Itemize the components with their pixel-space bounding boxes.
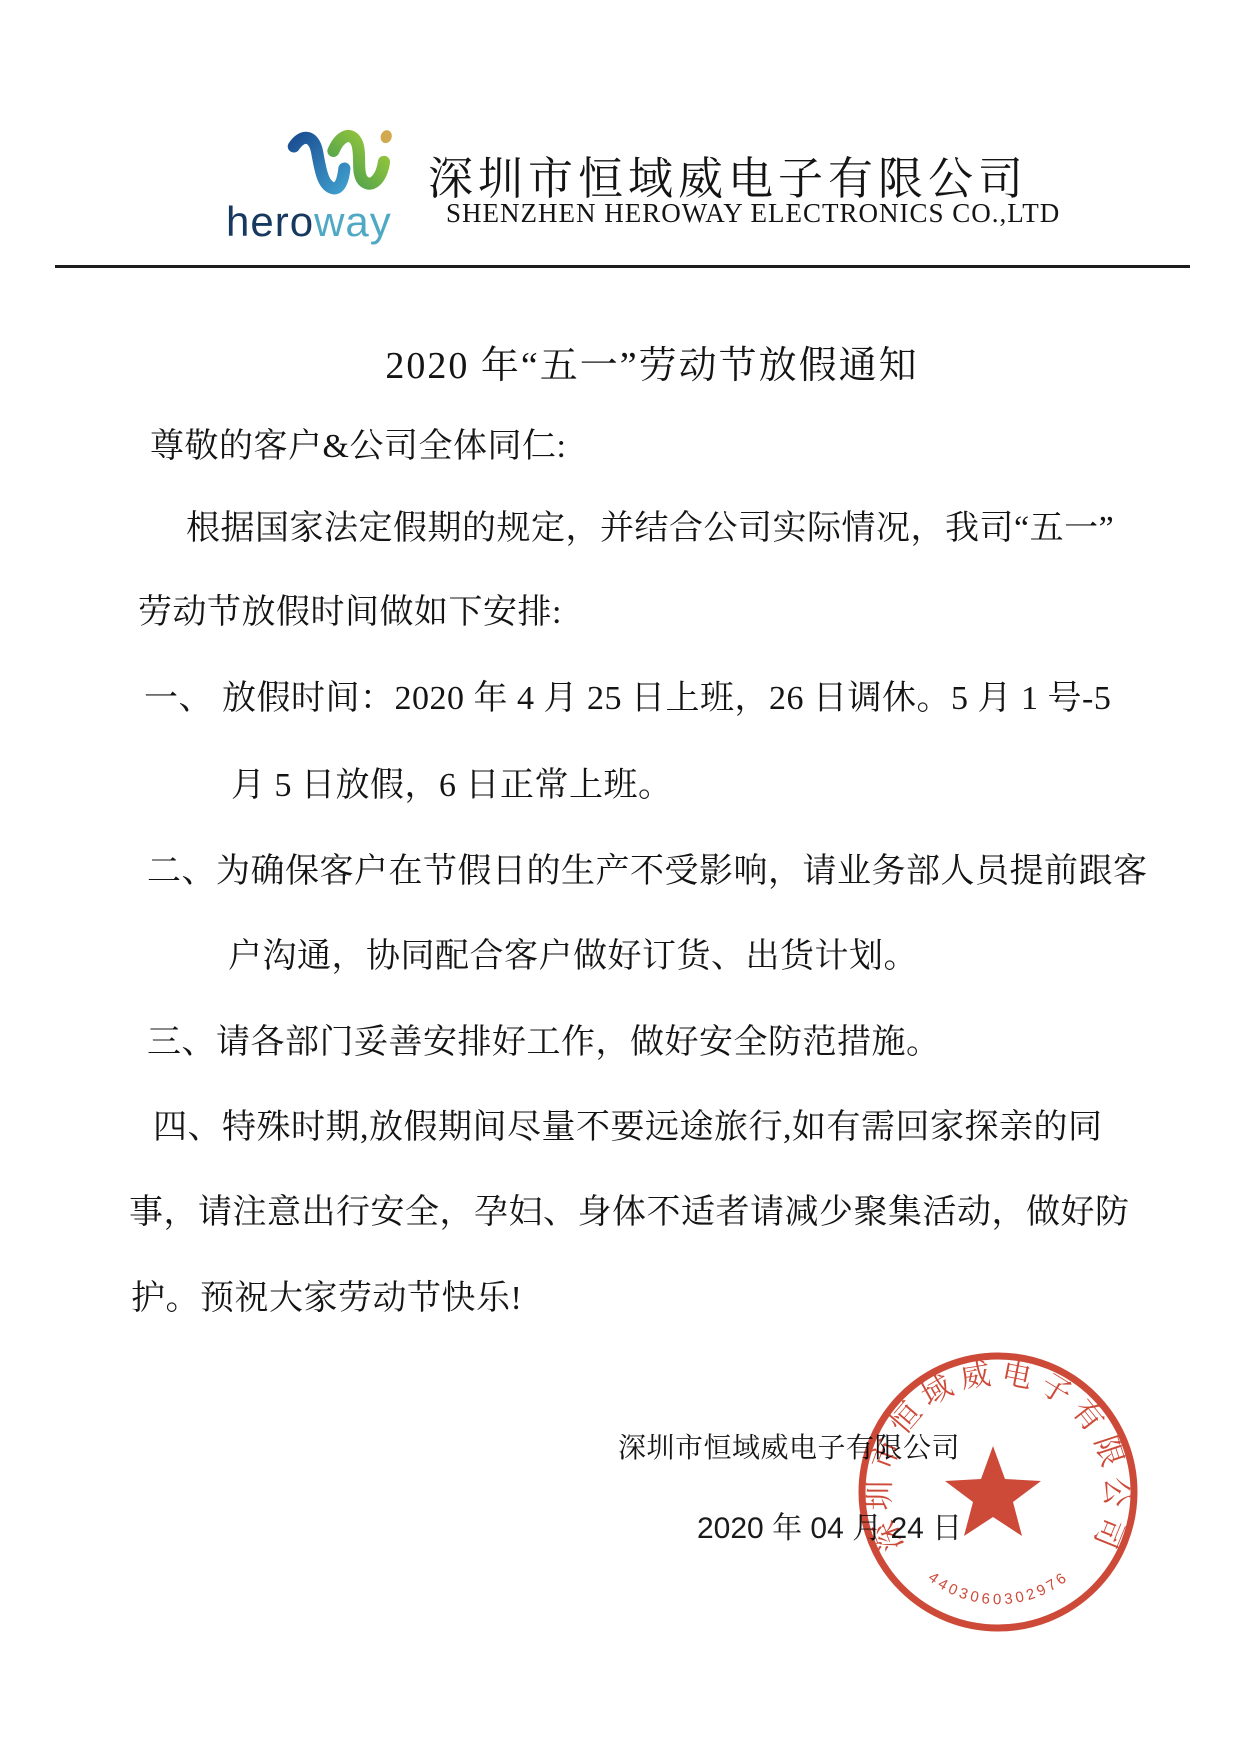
header-divider: [55, 265, 1190, 268]
logo-dot: [379, 129, 394, 145]
notice-title: 2020 年“五一”劳动节放假通知: [64, 334, 1240, 389]
company-seal: 深圳市恒域威电子有限公司 4403060302976: [848, 1342, 1148, 1642]
logo-text-hero: hero: [226, 198, 314, 245]
notice-line-6: 户沟通，协同配合客户做好订货、出货计划。: [228, 928, 918, 977]
notice-line-8: 四、特殊时期,放假期间尽量不要远途旅行,如有需回家探亲的同: [153, 1099, 1103, 1148]
notice-line-5: 二、为确保客户在节假日的生产不受影响，请业务部人员提前跟客: [147, 843, 1148, 892]
notice-line-3: 一、 放假时间：2020 年 4 月 25 日上班，26 日调休。5 月 1 号…: [144, 670, 1111, 719]
notice-line-2: 劳动节放假时间做如下安排:: [138, 584, 562, 633]
heroway-logo-text: heroway: [226, 198, 392, 246]
logo-text-way: way: [314, 198, 392, 245]
notice-greeting: 尊敬的客户&公司全体同仁:: [150, 418, 566, 467]
seal-star-icon: [945, 1446, 1041, 1536]
notice-line-4: 月 5 日放假，6 日正常上班。: [231, 757, 673, 806]
notice-line-7: 三、请各部门妥善安排好工作，做好安全防范措施。: [147, 1014, 941, 1063]
company-name-english: SHENZHEN HEROWAY ELECTRONICS CO.,LTD: [446, 198, 1060, 229]
notice-line-1: 根据国家法定假期的规定，并结合公司实际情况，我司“五一”: [186, 500, 1114, 549]
seal-arc-company-text: 深圳市恒域威电子有限公司: [864, 1357, 1133, 1560]
notice-line-10: 护。预祝大家劳动节快乐!: [131, 1270, 522, 1319]
notice-line-9: 事，请注意出行安全，孕妇、身体不适者请减少聚集活动，做好防: [129, 1184, 1130, 1233]
seal-serial-number: 4403060302976: [925, 1568, 1072, 1608]
document-page: heroway 深圳市恒域威电子有限公司 SHENZHEN HEROWAY EL…: [0, 0, 1240, 1754]
heroway-logo-icon: [285, 126, 395, 200]
